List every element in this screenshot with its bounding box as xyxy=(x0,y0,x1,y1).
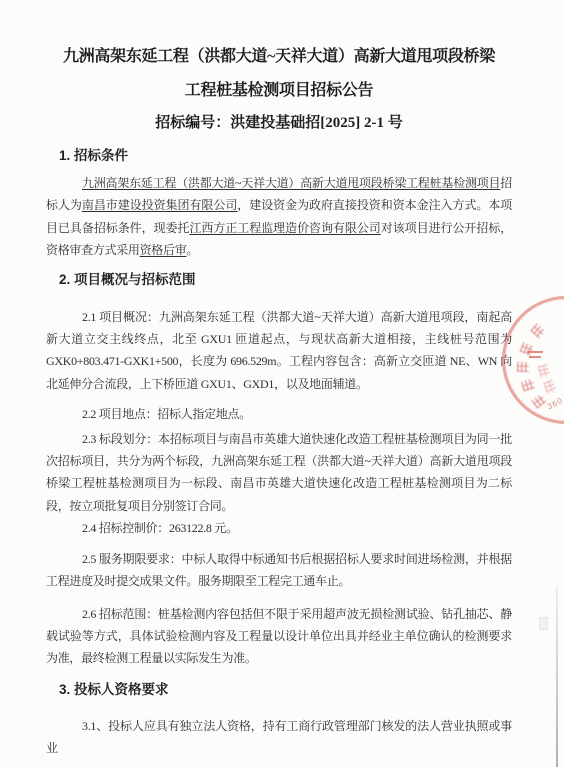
seal-character-mark xyxy=(530,323,546,338)
item-2-3-bid-sections: 2.3 标段划分：本招标项目与南昌市英雄大道快速化改造工程桩基检测项目为同一批次… xyxy=(46,428,512,518)
tenderee-name-underlined: 南昌市建设投资集团有限公司 xyxy=(82,198,237,212)
agency-name-underlined: 江西方正工程监理造价咨询有限公司 xyxy=(189,221,380,235)
item-2-4-control-price: 2.4 招标控制价：263122.8 元。 xyxy=(46,517,512,539)
scanned-document-page: 九洲高架东延工程（洪都大道~天祥大道）高新大道甩项段桥梁 工程桩基检测项目招标公… xyxy=(0,0,564,767)
seal-character-mark xyxy=(538,364,551,378)
item-2-5-service-period: 2.5 服务期限要求：中标人取得中标通知书后根据招标人要求时间进场检测，并根据工… xyxy=(46,548,512,593)
item-2-2-project-location: 2.2 项目地点：招标人指定地点。 xyxy=(46,403,512,425)
project-name-underlined: 九洲高架东延工程（洪都大道~天祥大道）高新大道甩项段桥梁工程桩基检测项目 xyxy=(82,176,500,190)
seal-character-mark xyxy=(543,380,557,395)
item-2-6-tender-scope: 2.6 招标范围：桩基检测内容包括但不限于采用超声波无损检测试验、钻孔抽芯、静载… xyxy=(46,603,512,670)
item-2-1-project-overview: 2.1 项目概况：九洲高架东延工程（洪都大道~天祥大道）高新大道甩项段，南起高新… xyxy=(46,306,512,396)
document-title-line2: 工程桩基检测项目招标公告 xyxy=(46,74,512,108)
section-3-heading: 3. 投标人资格要求 xyxy=(59,680,512,700)
seal-character-mark xyxy=(517,362,529,372)
item-3-1-bidder-qualification: 3.1、投标人应具有独立法人资格，持有工商行政管理部门核发的法人营业执照或事业 xyxy=(46,715,512,760)
seal-number-fragment: 360 xyxy=(546,396,564,412)
section-1-paragraph: 九洲高架东延工程（洪都大道~天祥大道）高新大道甩项段桥梁工程桩基检测项目招标人为… xyxy=(46,172,512,262)
scan-smudge-artifact xyxy=(539,617,548,630)
seal-character-mark xyxy=(520,342,535,356)
text-segment: 。 xyxy=(186,243,198,257)
seal-inner-bar xyxy=(527,351,543,353)
document-title-line1: 九洲高架东延工程（洪都大道~天祥大道）高新大道甩项段桥梁 xyxy=(46,40,512,74)
tender-number: 招标编号：洪建投基础招[2025] 2-1 号 xyxy=(46,108,512,138)
section-2-heading: 2. 项目概况与招标范围 xyxy=(59,270,512,290)
section-1-heading: 1. 招标条件 xyxy=(59,146,512,166)
seal-character-mark xyxy=(521,378,536,391)
qualification-method-underlined: 资格后审 xyxy=(140,243,187,257)
document-body: 九洲高架东延工程（洪都大道~天祥大道）高新大道甩项段桥梁 工程桩基检测项目招标公… xyxy=(0,0,564,760)
seal-character-mark xyxy=(531,393,547,408)
seal-inner-bar xyxy=(529,356,541,358)
scan-page-edge-line xyxy=(556,586,558,767)
